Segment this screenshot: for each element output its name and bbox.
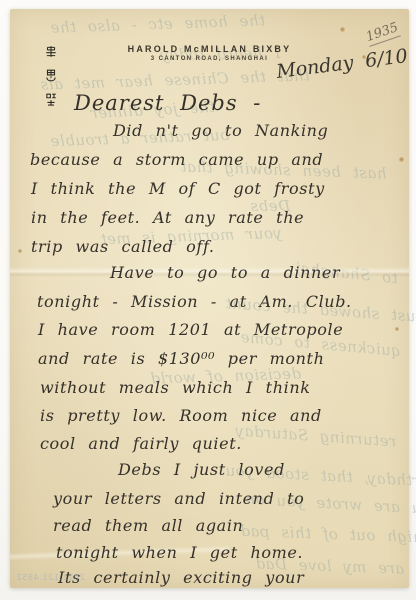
handwriting-line: Debs I just loved [118,460,285,479]
letter-paper: the home etc - also theI heard todaythat… [10,9,409,588]
bleed-through-line: the home etc - also the [50,11,266,36]
handwriting-line: and rate is $130⁰⁰ per month [38,349,324,368]
handwriting-line: Have to go to a dinner [110,263,340,282]
year-annotation: 1935 [364,20,401,47]
handwriting-line: in the feet. At any rate the [31,208,304,227]
handwriting-line: Did n't go to Nanking [113,121,328,140]
handwriting-line: Its certainly exciting your [58,568,304,587]
handwriting-line: your letters and intend to [53,489,304,508]
salutation: Dearest Debs - [74,91,261,115]
chinese-character-bi-icon [45,45,57,58]
photo-background: the home etc - also theI heard todaythat… [0,0,416,600]
handwriting-line: trip was called off. [31,237,215,256]
bleed-through-line: returning Saturday [235,421,397,450]
chinese-name-column [43,45,59,106]
handwriting-line: I think the M of C got frosty [31,179,325,198]
foxing-spot [395,327,399,331]
handwriting-line: because a storm came up and [30,150,323,169]
handwriting-line: read them all again [53,516,243,535]
handwriting-line: tonight when I get home. [56,543,303,562]
foxing-spot [340,27,345,32]
chinese-character-bi2-icon [45,93,57,106]
handwriting-line: tonight - Mission - at Am. Club. [37,292,352,311]
foxing-spot [399,157,404,162]
chinese-character-si-icon [45,69,57,82]
bleed-through-line: that the Chinese hear met als [40,66,310,93]
accession-mark: 2011.121.4852 [16,573,85,582]
handwriting-line: is pretty low. Room nice and [40,406,322,425]
foxing-spot [18,249,22,253]
handwriting-line: cool and fairly quiet. [40,434,242,453]
handwriting-line: without meals which I think [40,378,311,397]
handwriting-line: I have room 1201 at Metropole [38,320,343,339]
